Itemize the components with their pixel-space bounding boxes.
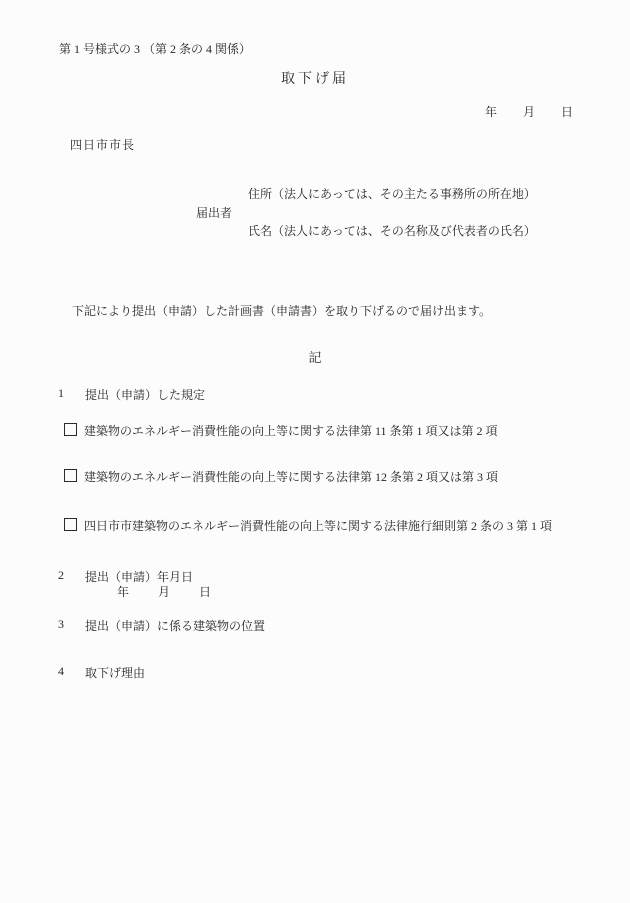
checkbox-unchecked-icon[interactable] xyxy=(64,469,77,482)
item3-number: 3 xyxy=(58,617,64,632)
checkbox-option-label: 四日市市建築物のエネルギー消費性能の向上等に関する法律施行細則第 2 条の 3 … xyxy=(84,517,552,534)
date-line: 年 月 日 xyxy=(485,105,573,119)
item1-label: 提出（申請）した規定 xyxy=(85,386,205,403)
record-heading: 記 xyxy=(0,351,630,365)
item2-date-day-label: 日 xyxy=(199,585,211,599)
item2-date-month-label: 月 xyxy=(158,585,170,599)
item4-label: 取下げ理由 xyxy=(85,664,145,681)
checkbox-unchecked-icon[interactable] xyxy=(64,518,77,531)
item2-date-line: 年 月 日 xyxy=(117,585,211,599)
checkbox-option-label: 建築物のエネルギー消費性能の向上等に関する法律第 11 条第 1 項又は第 2 … xyxy=(84,422,498,439)
date-day-label: 日 xyxy=(561,105,573,119)
date-year-label: 年 xyxy=(485,105,497,119)
item2-number: 2 xyxy=(58,568,64,583)
declarant-address-line: 住所（法人にあっては、その主たる事務所の所在地） xyxy=(248,187,536,201)
date-month-label: 月 xyxy=(523,105,535,119)
form-number-line: 第 1 号様式の 3 （第 2 条の 4 関係） xyxy=(59,42,251,56)
withdrawal-notification-form-page: 第 1 号様式の 3 （第 2 条の 4 関係） 取下げ届 年 月 日 四日市市… xyxy=(0,0,630,903)
checkbox-unchecked-icon[interactable] xyxy=(64,423,77,436)
addressee-mayor: 四日市市長 xyxy=(70,138,135,152)
body-paragraph: 下記により提出（申請）した計画書（申請書）を取り下げるので届け出ます。 xyxy=(72,304,491,318)
item2-label: 提出（申請）年月日 xyxy=(85,568,193,585)
item3-label: 提出（申請）に係る建築物の位置 xyxy=(85,617,265,634)
item2-date-year-label: 年 xyxy=(117,585,129,599)
page-title: 取下げ届 xyxy=(0,73,630,87)
declarant-name-line: 氏名（法人にあっては、その名称及び代表者の氏名） xyxy=(248,224,536,238)
checkbox-option-label: 建築物のエネルギー消費性能の向上等に関する法律第 12 条第 2 項又は第 3 … xyxy=(84,468,498,485)
item1-number: 1 xyxy=(58,386,64,401)
item4-number: 4 xyxy=(58,664,64,679)
declarant-label: 届出者 xyxy=(196,206,232,220)
